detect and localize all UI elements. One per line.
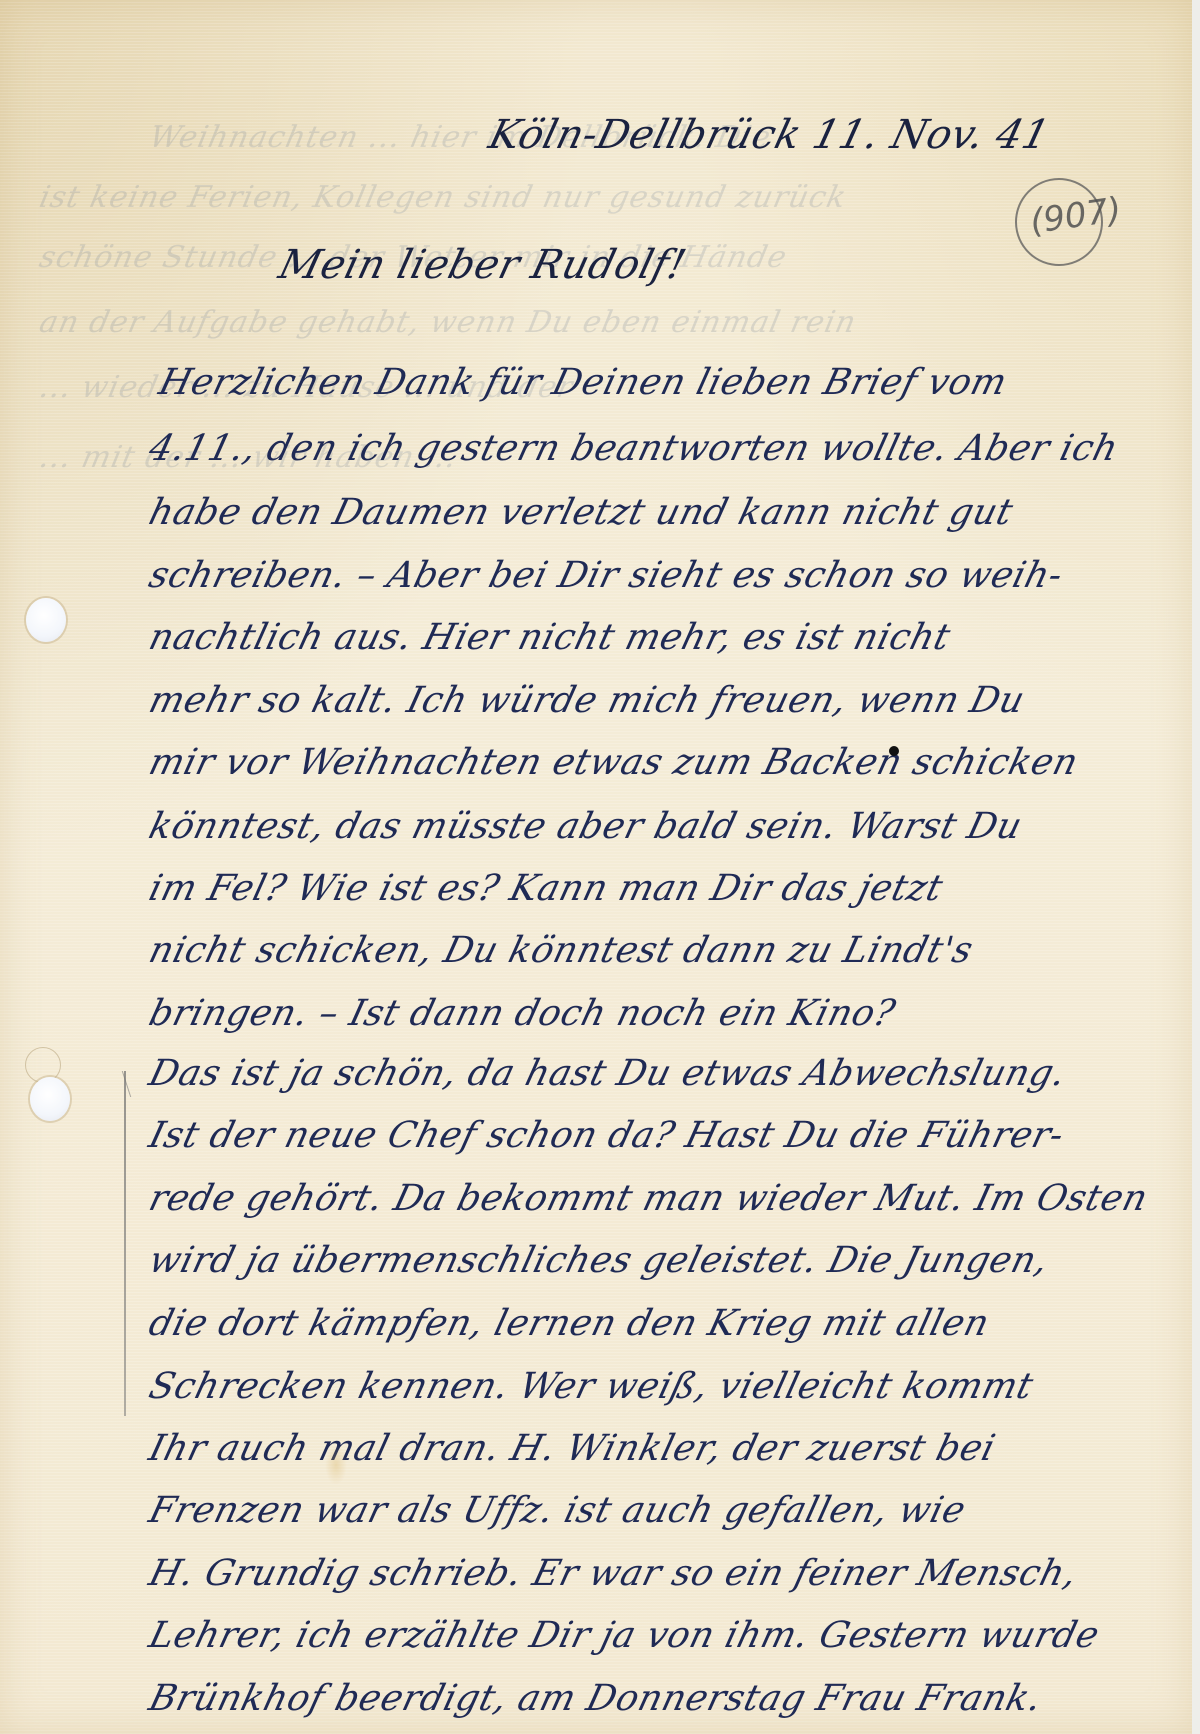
- body-line: nachtlich aus. Hier nicht mehr, es ist n…: [145, 617, 955, 658]
- body-line: die dort kämpfen, lernen den Krieg mit a…: [145, 1303, 994, 1344]
- body-line: bringen. – Ist dann doch noch ein Kino?: [145, 993, 900, 1034]
- punch-hole: [30, 1077, 70, 1121]
- body-line: Das ist ja schön, da hast Du etwas Abwec…: [145, 1053, 1070, 1094]
- body-line: Ihr auch mal dran. H. Winkler, der zuers…: [145, 1428, 1000, 1469]
- bleed-through-line: an der Aufgabe gehabt, wenn Du eben einm…: [36, 305, 859, 340]
- scan-edge: [1192, 0, 1200, 1734]
- paper-stain: [325, 1445, 347, 1485]
- salutation: Mein lieber Rudolf!: [274, 242, 690, 288]
- body-line: Schrecken kennen. Wer weiß, vielleicht k…: [145, 1366, 1038, 1407]
- dateline: Köln-Dellbrück 11. Nov. 41: [484, 112, 1054, 158]
- body-line: Frenzen war als Uffz. ist auch gefallen,…: [145, 1490, 970, 1531]
- ink-blot: [889, 746, 899, 756]
- body-line: mehr so kalt. Ich würde mich freuen, wen…: [145, 680, 1029, 721]
- punch-hole: [26, 598, 66, 642]
- body-line: mir vor Weihnachten etwas zum Backen sch…: [145, 742, 1082, 783]
- body-line: im Fel? Wie ist es? Kann man Dir das jet…: [145, 868, 947, 909]
- body-line: 4.11., den ich gestern beantworten wollt…: [145, 428, 1123, 469]
- bleed-through-line: ist keine Ferien, Kollegen sind nur gesu…: [36, 180, 850, 215]
- body-line: Brünkhof beerdigt, am Donnerstag Frau Fr…: [145, 1678, 1046, 1719]
- pencil-margin-line: [124, 1071, 126, 1416]
- body-line: Herzlichen Dank für Deinen lieben Brief …: [155, 362, 1011, 403]
- body-line: nicht schicken, Du könntest dann zu Lind…: [145, 930, 977, 971]
- body-line: könntest, das müsste aber bald sein. War…: [145, 806, 1026, 847]
- body-line: schreiben. – Aber bei Dir sieht es schon…: [145, 555, 1067, 596]
- body-line: wird ja übermenschliches geleistet. Die …: [145, 1240, 1053, 1281]
- body-line: H. Grundig schrieb. Er war so ein feiner…: [145, 1553, 1081, 1594]
- body-line: Ist der neue Chef schon da? Hast Du die …: [145, 1115, 1068, 1156]
- body-line: rede gehört. Da bekommt man wieder Mut. …: [145, 1178, 1152, 1219]
- body-line: Lehrer, ich erzählte Dir ja von ihm. Ges…: [145, 1615, 1104, 1656]
- letter-page: Weihnachten ... hier im Dellbrück. Die i…: [0, 0, 1192, 1734]
- body-line: habe den Daumen verletzt und kann nicht …: [145, 492, 1017, 533]
